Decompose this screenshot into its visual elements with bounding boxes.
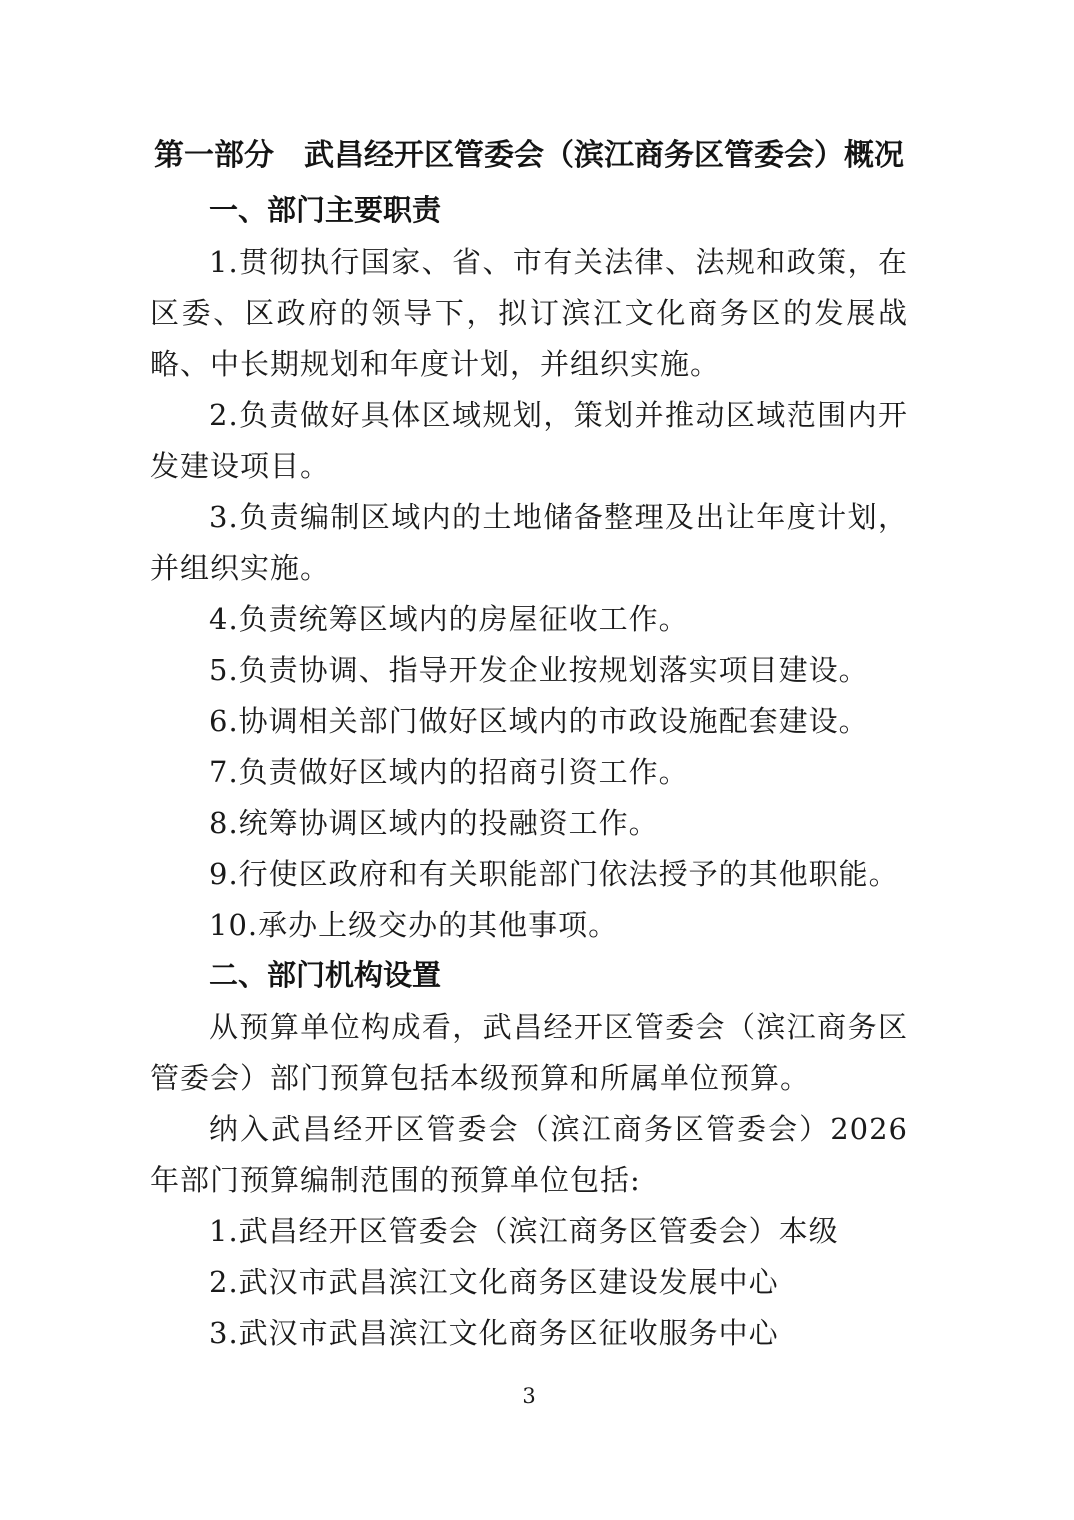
duty-item-6: 6.协调相关部门做好区域内的市政设施配套建设。 [150,696,908,747]
duty-item-5: 5.负责协调、指导开发企业按规划落实项目建设。 [150,645,908,696]
duty-item-4: 4.负责统筹区域内的房屋征收工作。 [150,594,908,645]
duty-item-3: 3.负责编制区域内的土地储备整理及出让年度计划，并组织实施。 [150,492,908,594]
duty-item-2: 2.负责做好具体区域规划，策划并推动区域范围内开发建设项目。 [150,390,908,492]
section-heading-duties: 一、部门主要职责 [150,186,908,237]
duty-item-10: 10.承办上级交办的其他事项。 [150,900,908,951]
section-heading-organization: 二、部门机构设置 [150,951,908,1002]
document-title: 第一部分 武昌经开区管委会（滨江商务区管委会）概况 [150,134,908,178]
document-page: 第一部分 武昌经开区管委会（滨江商务区管委会）概况 一、部门主要职责 1.贯彻执… [0,0,1074,1520]
budget-unit-item-1: 1.武昌经开区管委会（滨江商务区管委会）本级 [150,1206,908,1257]
duty-item-7: 7.负责做好区域内的招商引资工作。 [150,747,908,798]
org-scope-paragraph: 纳入武昌经开区管委会（滨江商务区管委会）2026 年部门预算编制范围的预算单位包… [150,1104,908,1206]
budget-unit-item-3: 3.武汉市武昌滨江文化商务区征收服务中心 [150,1308,908,1359]
page-content: 第一部分 武昌经开区管委会（滨江商务区管委会）概况 一、部门主要职责 1.贯彻执… [150,134,908,1359]
duty-item-9: 9.行使区政府和有关职能部门依法授予的其他职能。 [150,849,908,900]
budget-unit-item-2: 2.武汉市武昌滨江文化商务区建设发展中心 [150,1257,908,1308]
duty-item-1: 1.贯彻执行国家、省、市有关法律、法规和政策，在区委、区政府的领导下，拟订滨江文… [150,237,908,390]
page-number: 3 [150,1384,908,1408]
org-intro-paragraph: 从预算单位构成看，武昌经开区管委会（滨江商务区管委会）部门预算包括本级预算和所属… [150,1002,908,1104]
duty-item-8: 8.统筹协调区域内的投融资工作。 [150,798,908,849]
